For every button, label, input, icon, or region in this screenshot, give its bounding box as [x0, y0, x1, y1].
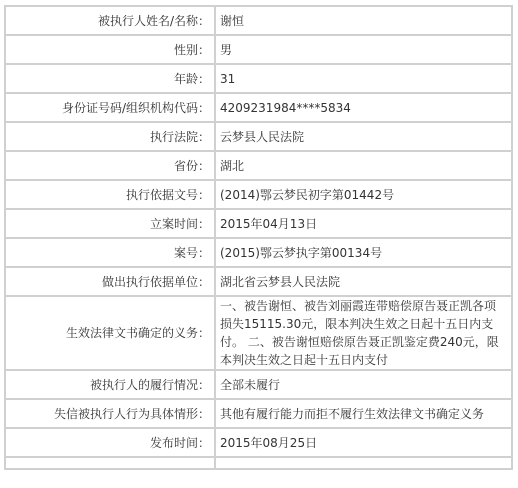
label-name: 被执行人姓名/名称：: [5, 6, 215, 35]
label-id-number: 身份证号码/组织机构代码：: [5, 93, 215, 122]
row-publish-date: 发布时间： 2015年08月25日: [5, 428, 512, 457]
value-case-number: (2015)鄂云梦执字第00134号: [215, 238, 512, 267]
row-performance-status: 被执行人的履行情况： 全部未履行: [5, 370, 512, 399]
label-province: 省份：: [5, 151, 215, 180]
row-dishonest-behavior: 失信被执行人行为具体情形： 其他有履行能力而拒不履行生效法律文书确定义务: [5, 399, 512, 428]
value-basis-issuing-unit: 湖北省云梦县人民法院: [215, 267, 512, 296]
row-name: 被执行人姓名/名称： 谢恒: [5, 6, 512, 35]
value-dishonest-behavior: 其他有履行能力而拒不履行生效法律文书确定义务: [215, 399, 512, 428]
value-id-number: 4209231984****5834: [215, 93, 512, 122]
row-filing-date: 立案时间： 2015年04月13日: [5, 209, 512, 238]
value-province: 湖北: [215, 151, 512, 180]
value-empty: [215, 457, 512, 469]
dishonest-debtor-record: 被执行人姓名/名称： 谢恒 性别： 男 年龄： 31 身份证号码/组织机构代码：…: [4, 5, 513, 470]
row-province: 省份： 湖北: [5, 151, 512, 180]
label-executing-court: 执行法院：: [5, 122, 215, 151]
label-dishonest-behavior: 失信被执行人行为具体情形：: [5, 399, 215, 428]
value-gender: 男: [215, 35, 512, 64]
row-case-number: 案号： (2015)鄂云梦执字第00134号: [5, 238, 512, 267]
value-basis-document-number: (2014)鄂云梦民初字第01442号: [215, 180, 512, 209]
row-executing-court: 执行法院： 云梦县人民法院: [5, 122, 512, 151]
label-basis-issuing-unit: 做出执行依据单位：: [5, 267, 215, 296]
value-publish-date: 2015年08月25日: [215, 428, 512, 457]
row-basis-document-number: 执行依据文号： (2014)鄂云梦民初字第01442号: [5, 180, 512, 209]
label-empty: [5, 457, 215, 469]
label-obligations: 生效法律文书确定的义务：: [5, 296, 215, 370]
value-executing-court: 云梦县人民法院: [215, 122, 512, 151]
label-filing-date: 立案时间：: [5, 209, 215, 238]
label-case-number: 案号：: [5, 238, 215, 267]
value-name: 谢恒: [215, 6, 512, 35]
record-table: 被执行人姓名/名称： 谢恒 性别： 男 年龄： 31 身份证号码/组织机构代码：…: [4, 5, 513, 470]
value-performance-status: 全部未履行: [215, 370, 512, 399]
row-id-number: 身份证号码/组织机构代码： 4209231984****5834: [5, 93, 512, 122]
label-age: 年龄：: [5, 64, 215, 93]
label-publish-date: 发布时间：: [5, 428, 215, 457]
value-filing-date: 2015年04月13日: [215, 209, 512, 238]
row-trailing-empty: [5, 457, 512, 469]
row-gender: 性别： 男: [5, 35, 512, 64]
value-obligations: 一、被告谢恒、被告刘丽霞连带赔偿原告聂正凯各项损失15115.30元，限本判决生…: [215, 296, 512, 370]
row-age: 年龄： 31: [5, 64, 512, 93]
row-basis-issuing-unit: 做出执行依据单位： 湖北省云梦县人民法院: [5, 267, 512, 296]
label-basis-document-number: 执行依据文号：: [5, 180, 215, 209]
row-obligations: 生效法律文书确定的义务： 一、被告谢恒、被告刘丽霞连带赔偿原告聂正凯各项损失15…: [5, 296, 512, 370]
label-gender: 性别：: [5, 35, 215, 64]
value-age: 31: [215, 64, 512, 93]
label-performance-status: 被执行人的履行情况：: [5, 370, 215, 399]
